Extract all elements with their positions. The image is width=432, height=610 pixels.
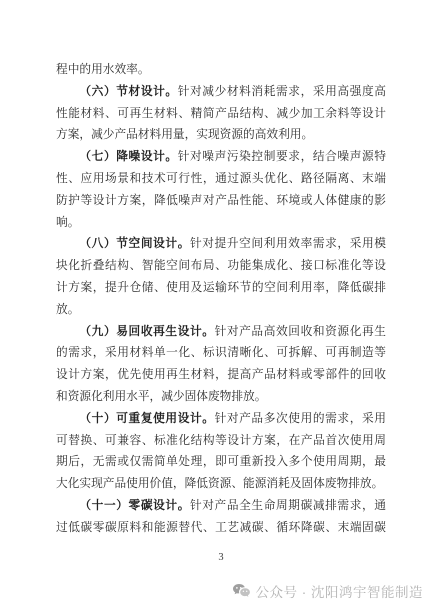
text-line: （六）节材设计。针对减少材料消耗需求，采用高强度高	[56, 81, 386, 103]
text-line: 性能材料、可再生材料、精简产品结构、减少加工余料等设计	[56, 103, 386, 125]
section-heading: （十一）零碳设计。	[79, 499, 190, 512]
text-line: 大化实现产品使用价值，降低资源、能源消耗及固体废物排放。	[56, 473, 386, 495]
text-block: 程中的用水效率。（六）节材设计。针对减少材料消耗需求，采用高强度高性能材料、可再…	[56, 59, 386, 539]
page-number: 3	[56, 552, 386, 563]
text-line: （八）节空间设计。针对提升空间利用效率需求，采用模	[56, 233, 386, 255]
text-line: 防护等设计方案，降低噪声对产品性能、环境或人体健康的影	[56, 190, 386, 212]
watermark: 公众号 · 沈阳鸿宇智能制造	[232, 582, 424, 600]
text-line: 可替换、可兼容、标准化结构等设计方案，在产品首次使用周	[56, 430, 386, 452]
text-line: （七）降噪设计。针对噪声污染控制要求，结合噪声源特	[56, 146, 386, 168]
text-line: （十一）零碳设计。针对产品全生命周期碳减排需求，通	[56, 495, 386, 517]
watermark-label: 公众号 · 沈阳鸿宇智能制造	[256, 581, 424, 601]
text-line: （十）可重复使用设计。针对产品多次使用的需求，采用	[56, 408, 386, 430]
text-line: 程中的用水效率。	[56, 59, 386, 81]
text-line: 方案，减少产品材料用量，实现资源的高效利用。	[56, 124, 386, 146]
text-line: 响。	[56, 212, 386, 234]
section-heading: （六）节材设计。	[79, 85, 177, 98]
text-line: 的需求，采用材料单一化、标识清晰化、可拆解、可再制造等	[56, 342, 386, 364]
wechat-icon	[232, 583, 251, 599]
text-line: 期后，无需或仅需简单处理，即可重新投入多个使用周期，最	[56, 451, 386, 473]
text-line: 放。	[56, 299, 386, 321]
section-heading: （七）降噪设计。	[79, 150, 177, 163]
text-line: 计方案，提升仓储、使用及运输环节的空间利用率，降低碳排	[56, 277, 386, 299]
text-line: （九）易回收再生设计。针对产品高效回收和资源化再生	[56, 321, 386, 343]
section-heading: （十）可重复使用设计。	[79, 412, 214, 425]
text-line: 和资源化利用水平，减少固体废物排放。	[56, 386, 386, 408]
text-line: 过低碳零碳原料和能源替代、工艺减碳、循环降碳、末端固碳	[56, 517, 386, 539]
text-line: 块化折叠结构、智能空间布局、功能集成化、接口标准化等设	[56, 255, 386, 277]
section-heading: （九）易回收再生设计。	[79, 325, 214, 338]
section-heading: （八）节空间设计。	[79, 237, 190, 250]
document-page: 程中的用水效率。（六）节材设计。针对减少材料消耗需求，采用高强度高性能材料、可再…	[0, 0, 432, 610]
text-line: 性、应用场景和技术可行性，通过源头优化、路径隔离、末端	[56, 168, 386, 190]
text-line: 设计方案，优先使用再生材料，提高产品材料或零部件的回收	[56, 364, 386, 386]
